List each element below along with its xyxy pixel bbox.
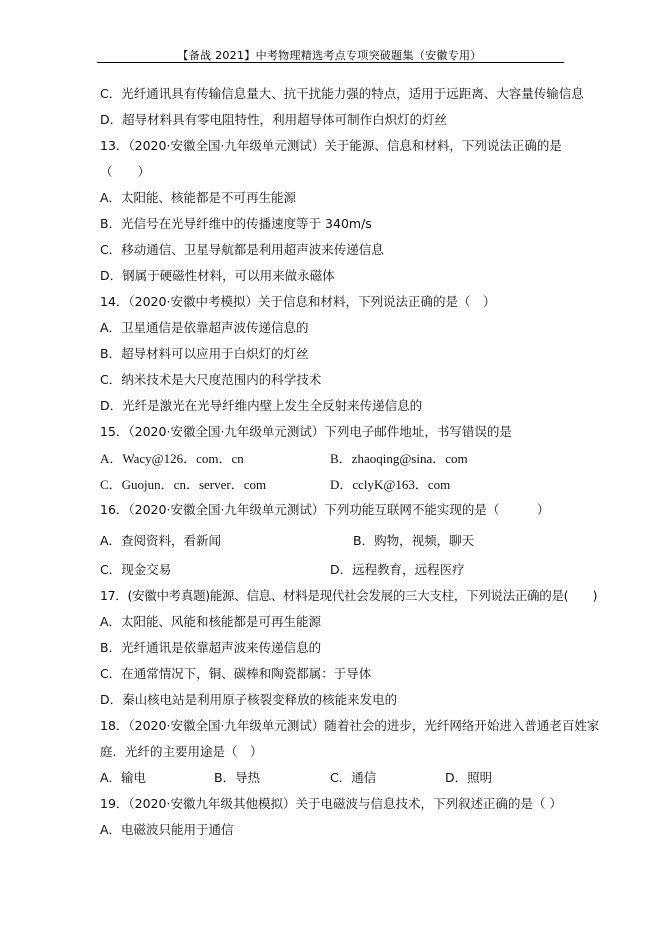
question-18-option-d: D．照明 — [445, 770, 492, 786]
question-15-option-d: D．cclyK@163．com — [330, 477, 450, 493]
question-18-stem-continued: 庭．光纤的主要用途是（ ） — [100, 744, 263, 760]
question-14-option-b: B．超导材料可以应用于白炽灯的灯丝 — [100, 346, 309, 362]
question-16-option-a: A．查阅资料，看新闻 — [100, 533, 221, 549]
question-16-option-b: B．购物，视频，聊天 — [353, 533, 474, 549]
question-15-stem: 15．（2020·安徽全国·九年级单元测试）下列电子邮件地址，书写错误的是 — [100, 424, 512, 440]
question-18-option-b: B．导热 — [214, 770, 260, 786]
question-14-option-d: D．光纤是激光在光导纤维内壁上发生全反射来传递信息的 — [100, 398, 422, 414]
question-18-option-a: A．输电 — [100, 770, 146, 786]
question-19-option-a: A．电磁波只能用于通信 — [100, 822, 234, 838]
question-15-option-b: B．zhaoqing@sina．com — [330, 451, 468, 467]
question-16-option-d: D．远程教育，远程医疗 — [330, 562, 465, 578]
question-15-option-c: C．Guojun．cn．server．com — [100, 477, 266, 493]
question-13-option-c: C．移动通信、卫星导航都是利用超声波来传递信息 — [100, 242, 384, 258]
option-line: C．光纤通讯具有传输信息量大、抗干扰能力强的特点，适用于远距离、大容量传输信息 — [100, 86, 584, 102]
question-13-option-a: A．太阳能、核能都是不可再生能源 — [100, 190, 296, 206]
question-16-stem: 16．（2020·安徽全国·九年级单元测试）下列功能互联网不能实现的是（ ） — [100, 502, 549, 518]
document-header-title: 【备战 2021】中考物理精选考点专项突破题集（安徽专用） — [97, 47, 562, 63]
question-18-stem: 18．（2020·安徽全国·九年级单元测试）随着社会的进步，光纤网络开始进入普通… — [100, 718, 599, 734]
question-13-answer-blank: （ ） — [100, 164, 150, 180]
question-17-stem: 17．(安徽中考真题)能源、信息、材料是现代社会发展的三大支柱，下列说法正确的是… — [100, 588, 597, 604]
option-line: D．超导材料具有零电阻特性，利用超导体可制作白炽灯的灯丝 — [100, 112, 447, 128]
question-13-option-b: B．光信号在光导纤维中的传播速度等于 340m/s — [100, 216, 372, 232]
question-13-option-d: D．钢属于硬磁性材料，可以用来做永磁体 — [100, 268, 335, 284]
question-17-option-c: C．在通常情况下，铜、碳棒和陶瓷都属：于导体 — [100, 666, 371, 682]
question-14-option-a: A．卫星通信是依靠超声波传递信息的 — [100, 320, 309, 336]
question-17-option-a: A．太阳能、风能和核能都是可再生能源 — [100, 614, 321, 630]
header-divider — [97, 62, 564, 63]
question-15-option-a: A．Wacy@126．com．cn — [100, 451, 244, 467]
question-13-stem: 13．（2020·安徽全国·九年级单元测试）关于能源、信息和材料，下列说法正确的… — [100, 138, 562, 154]
question-16-option-c: C．现金交易 — [100, 562, 171, 578]
question-14-option-c: C．纳米技术是大尺度范围内的科学技术 — [100, 372, 321, 388]
question-18-option-c: C．通信 — [330, 770, 376, 786]
question-17-option-d: D．秦山核电站是利用原子核裂变释放的核能来发电的 — [100, 692, 397, 708]
question-14-stem: 14．（2020·安徽中考模拟）关于信息和材料，下列说法正确的是（ ） — [100, 294, 495, 310]
question-19-stem: 19．（2020·安徽九年级其他模拟）关于电磁波与信息技术，下列叙述正确的是（ … — [100, 796, 562, 812]
question-17-option-b: B．光纤通讯是依靠超声波来传递信息的 — [100, 640, 321, 656]
